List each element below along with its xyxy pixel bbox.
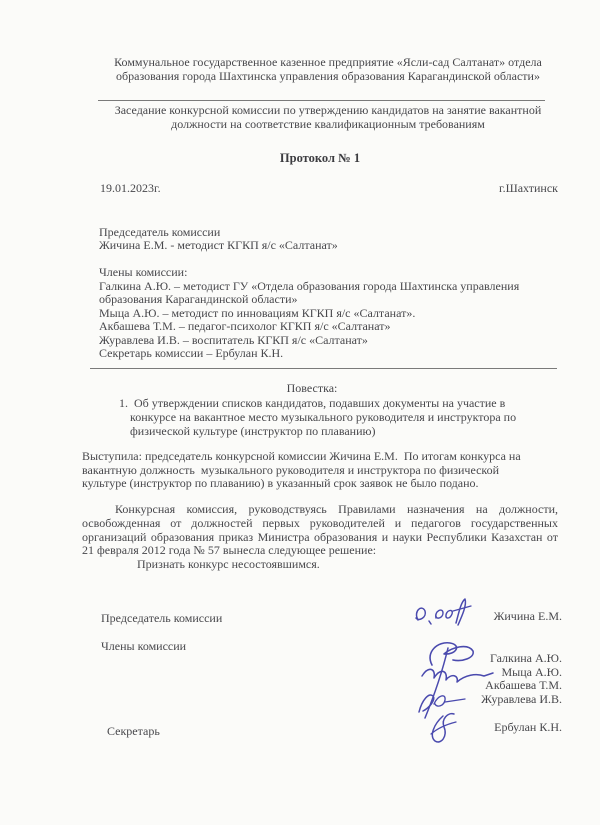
secretary-line: Секретарь комиссии – Ербулан К.Н.: [99, 347, 569, 360]
agenda-item-line: физической культуре (инструктор по плава…: [119, 424, 529, 438]
org-header-line2: образования города Шахтинска управления …: [90, 70, 566, 84]
org-header-line1: Коммунальное государственное казенное пр…: [90, 56, 566, 70]
member-line: Мыца А.Ю. – методист по инновациям КГКП …: [99, 307, 569, 320]
chair-line: Жичина Е.М. - методист КГКП я/с «Салтана…: [99, 239, 569, 252]
members-label: Члены комиссии:: [99, 266, 569, 279]
handwritten-signatures: [388, 588, 510, 788]
meeting-subtitle: Заседание конкурсной комиссии по утвержд…: [90, 104, 566, 131]
signature-zhichina-ink: [416, 599, 471, 625]
signature-galkina-ink: [425, 643, 473, 718]
signature-akbasheva-ink: [419, 695, 465, 712]
sig-members-label: Члены комиссии: [101, 639, 186, 654]
member-line: Журавлева И.В. – воспитатель КГКП я/с «С…: [99, 334, 569, 347]
resolution-line: 21 февраля 2012 года № 57 вынесла следую…: [82, 544, 558, 558]
date-city-row: 19.01.2023г. г.Шахтинск: [100, 181, 558, 196]
protocol-title: Протокол № 1: [90, 151, 550, 166]
agenda-item-line: конкурсе на вакантное место музыкального…: [119, 410, 529, 424]
agenda-item-text: Об утверждении списков кандидатов, подав…: [134, 396, 505, 410]
header-divider-line: [98, 100, 545, 101]
meeting-subtitle-line2: должности на соответствие квалификационн…: [90, 118, 566, 132]
resolution-line: Конкурсная комиссия, руководствуясь Прав…: [82, 503, 558, 517]
section-divider-line: [90, 368, 557, 369]
signature-mytsa-ink: [422, 669, 493, 682]
protocol-date: 19.01.2023г.: [100, 181, 161, 196]
resolution-line: освобожденная от должностей первых руков…: [82, 517, 558, 531]
member-line: Акбашева Т.М. – педагог-психолог КГКП я/…: [99, 320, 569, 333]
member-line: образования Карагандинской области»: [99, 293, 569, 306]
speech-line: культуре (инструктор по плаванию) в указ…: [82, 477, 564, 491]
signature-erbulan-ink: [431, 714, 456, 742]
blank-line: [99, 253, 569, 266]
speech-line: Выступила: председатель конкурсной комис…: [82, 450, 564, 464]
sig-secretary-label: Секретарь: [107, 724, 160, 739]
agenda-item-number: 1.: [119, 396, 128, 410]
decision-line: Признать конкурс несостоявшимся.: [82, 558, 558, 572]
member-line: Галкина А.Ю. – методист ГУ «Отдела образ…: [99, 280, 569, 293]
resolution-paragraph: Конкурсная комиссия, руководствуясь Прав…: [82, 503, 558, 572]
commission-composition: Председатель комиссии Жичина Е.М. - мето…: [99, 226, 569, 361]
resolution-line: организаций образования приказ Министра …: [82, 531, 558, 545]
agenda-item: 1.Об утверждении списков кандидатов, под…: [119, 396, 529, 439]
speech-line: вакантную должность музыкального руковод…: [82, 464, 564, 478]
meeting-subtitle-line1: Заседание конкурсной комиссии по утвержд…: [90, 104, 566, 118]
protocol-city: г.Шахтинск: [499, 181, 558, 196]
org-header: Коммунальное государственное казенное пр…: [90, 56, 566, 83]
agenda-item-first-line: 1.Об утверждении списков кандидатов, под…: [119, 396, 529, 410]
agenda-label: Повестка:: [82, 381, 542, 396]
speech-paragraph: Выступила: председатель конкурсной комис…: [82, 450, 564, 491]
chair-label: Председатель комиссии: [99, 226, 569, 239]
sig-chair-label: Председатель комиссии: [101, 611, 222, 626]
scanned-protocol-document: Коммунальное государственное казенное пр…: [0, 0, 600, 825]
